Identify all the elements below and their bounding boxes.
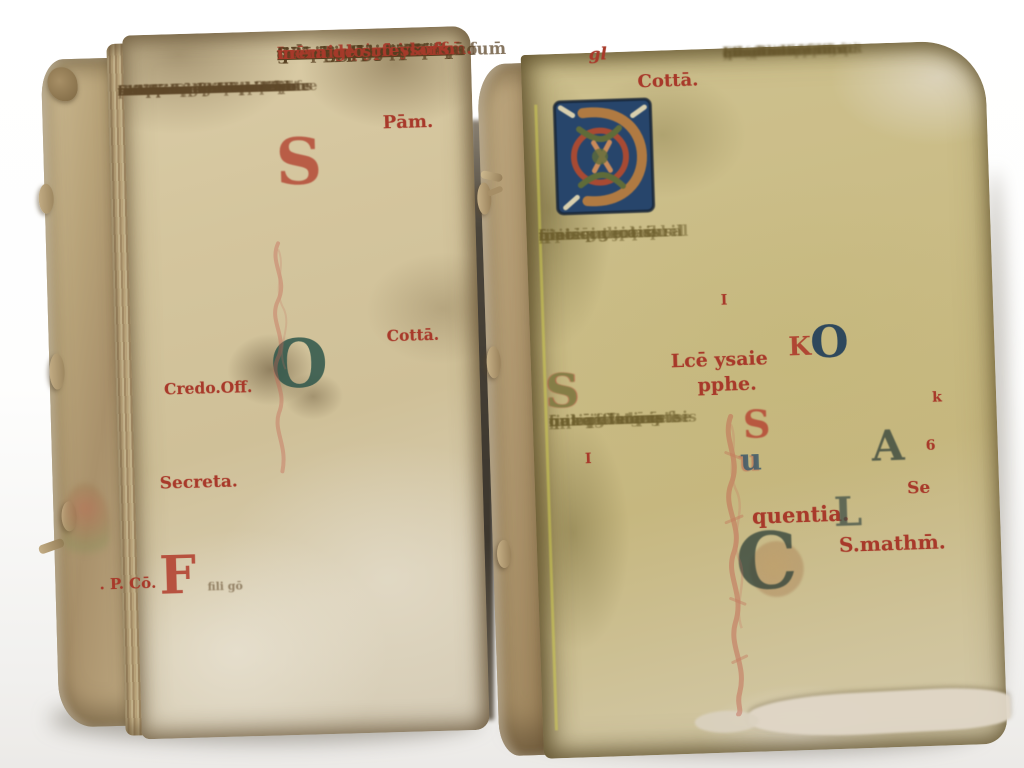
rubric-cotta-right: Cottā. (637, 69, 699, 92)
gloss-fili: fili gō (207, 579, 243, 593)
red-six-mark: 6 (925, 438, 935, 454)
rubric-credo-off: Credo.Off. (164, 377, 253, 398)
rubric-secreta: Secreta. (159, 472, 238, 494)
manuscript-photo-scene: nite lux pmodumrede o fer homies animfui… (0, 0, 1024, 768)
illuminated-initial-d (552, 97, 656, 216)
red-k-small: k (932, 389, 942, 405)
initial-s-green: S (545, 367, 580, 414)
initial-f-red: F (159, 550, 197, 603)
rubric-prophete: pphe. (697, 373, 757, 397)
faded-right-column: lem iuoJ ligil votoilte eite cue veE tun… (722, 35, 936, 42)
manuscript-text-line: aiptē (538, 223, 582, 247)
red-i-mark: I (585, 451, 592, 467)
rubric-lectio-ysaie: Lcē ysaie (670, 347, 768, 372)
left-manuscript-volume: nite lux pmodumrede o fer homies animfui… (20, 22, 492, 748)
left-book-sewing-band (38, 184, 54, 214)
offset-letter-a-dark: A (871, 425, 905, 468)
right-manuscript-volume: gl Cottā. meiascʒ ortis uelhinusʒ ne qua… (474, 24, 1012, 768)
rubric-cotta-left: Cottā. (386, 325, 439, 345)
rubric-s-mathm: S.mathm̄. (839, 529, 946, 557)
gutter-penwork-flourish (260, 239, 303, 476)
manuscript-text-line: In fuma q̄ledam (722, 38, 847, 64)
initial-s-red: S (275, 130, 323, 195)
offset-letter-k-red: K (788, 334, 811, 361)
offset-letter-o-blue: O (810, 320, 850, 365)
rubric-siglum: gl (588, 44, 607, 65)
offset-letter-l-dark: L (833, 492, 862, 533)
rubric-se: Se (907, 478, 931, 499)
red-i-mark: I (721, 292, 728, 308)
manuscript-text-line: nos feinp anui (117, 77, 229, 104)
rubric-p-co: . P. Cō. (99, 574, 156, 594)
rubric-pam: Pām. (382, 111, 433, 133)
